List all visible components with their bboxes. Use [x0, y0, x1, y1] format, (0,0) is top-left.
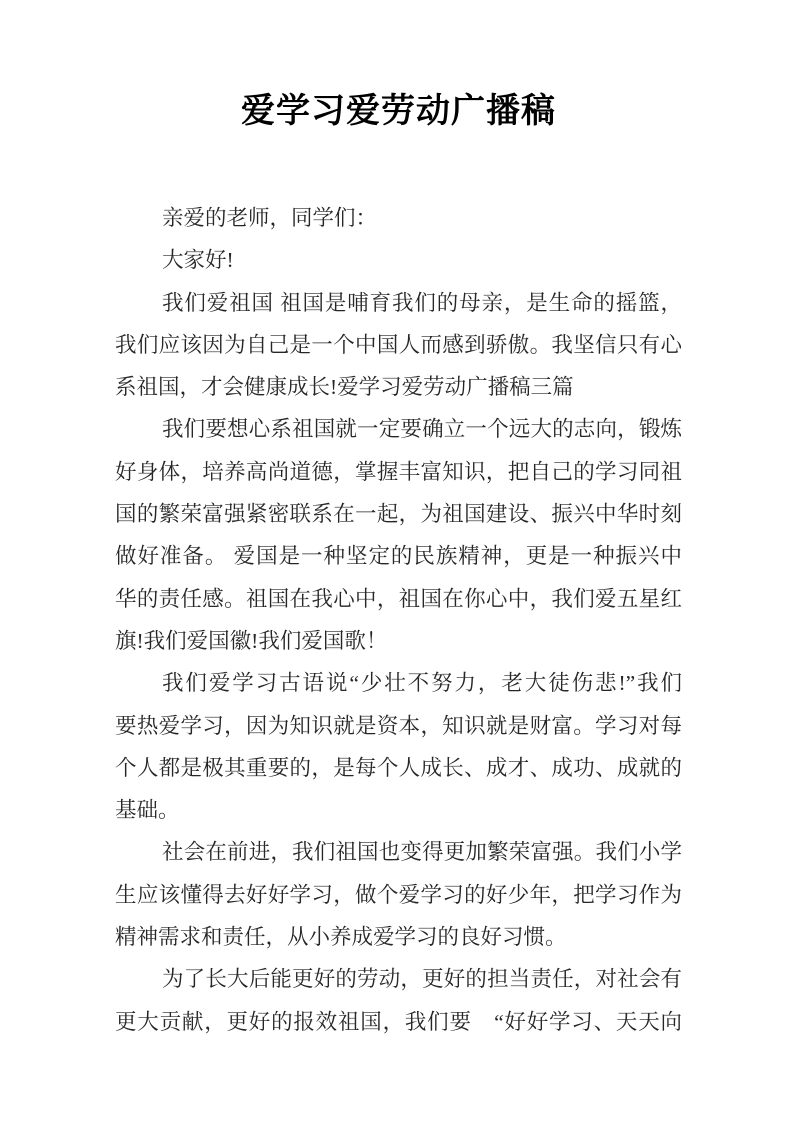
text-line: 要热爱学习，因为知识就是资本，知识就是财富。学习对每 [115, 705, 682, 747]
paragraph-patriotism: 我们要想心系祖国就一定要确立一个远大的志向，锻炼好身体，培养高尚道德，掌握丰富知… [115, 408, 682, 662]
paragraph-study-habit: 社会在前进，我们祖国也变得更加繁荣富强。我们小学生应该懂得去好好学习，做个爱学习… [115, 831, 682, 958]
text-line: 精神需求和责任，从小养成爱学习的良好习惯。 [115, 916, 682, 958]
text-line: 我们爱学习古语说“少壮不努力，老大徒伤悲!”我们 [115, 662, 682, 704]
paragraph-labor-responsibility: 为了长大后能更好的劳动，更好的担当责任，对社会有更大贡献，更好的报效祖国，我们要… [115, 958, 682, 1043]
paragraph-love-learning: 我们爱学习古语说“少壮不努力，老大徒伤悲!”我们要热爱学习，因为知识就是资本，知… [115, 662, 682, 831]
text-line: 亲爱的老师，同学们： [115, 197, 682, 239]
text-line: 国的繁荣富强紧密联系在一起，为祖国建设、振兴中华时刻 [115, 493, 682, 535]
text-line: 更大贡献，更好的报效祖国，我们要 “好好学习、天天向 [115, 1001, 682, 1043]
paragraph-salutation: 亲爱的老师，同学们： [115, 197, 682, 239]
text-line: 基础。 [115, 789, 682, 831]
document-body: 亲爱的老师，同学们：大家好!我们爱祖国 祖国是哺育我们的母亲，是生命的摇篮，我们… [115, 197, 682, 1043]
text-line: 生应该懂得去好好学习，做个爱学习的好少年，把学习作为 [115, 874, 682, 916]
text-line: 我们爱祖国 祖国是哺育我们的母亲，是生命的摇篮， [115, 282, 682, 324]
text-line: 旗!我们爱国徽!我们爱国歌！ [115, 620, 682, 662]
text-line: 为了长大后能更好的劳动，更好的担当责任，对社会有 [115, 958, 682, 1000]
text-line: 华的责任感。祖国在我心中，祖国在你心中，我们爱五星红 [115, 578, 682, 620]
paragraph-love-motherland: 我们爱祖国 祖国是哺育我们的母亲，是生命的摇篮，我们应该因为自己是一个中国人而感… [115, 282, 682, 409]
paragraph-greeting: 大家好! [115, 239, 682, 281]
text-line: 好身体，培养高尚道德，掌握丰富知识，把自己的学习同祖 [115, 451, 682, 493]
document-page: 爱学习爱劳动广播稿 亲爱的老师，同学们：大家好!我们爱祖国 祖国是哺育我们的母亲… [0, 0, 793, 1122]
text-line: 系祖国，才会健康成长!爱学习爱劳动广播稿三篇 [115, 366, 682, 408]
text-line: 我们要想心系祖国就一定要确立一个远大的志向，锻炼 [115, 408, 682, 450]
document-title: 爱学习爱劳动广播稿 [115, 88, 682, 136]
text-line: 做好准备。 爱国是一种坚定的民族精神，更是一种振兴中 [115, 535, 682, 577]
text-line: 社会在前进，我们祖国也变得更加繁荣富强。我们小学 [115, 831, 682, 873]
text-line: 我们应该因为自己是一个中国人而感到骄傲。我坚信只有心 [115, 324, 682, 366]
text-line: 大家好! [115, 239, 682, 281]
text-line: 个人都是极其重要的，是每个人成长、成才、成功、成就的 [115, 747, 682, 789]
